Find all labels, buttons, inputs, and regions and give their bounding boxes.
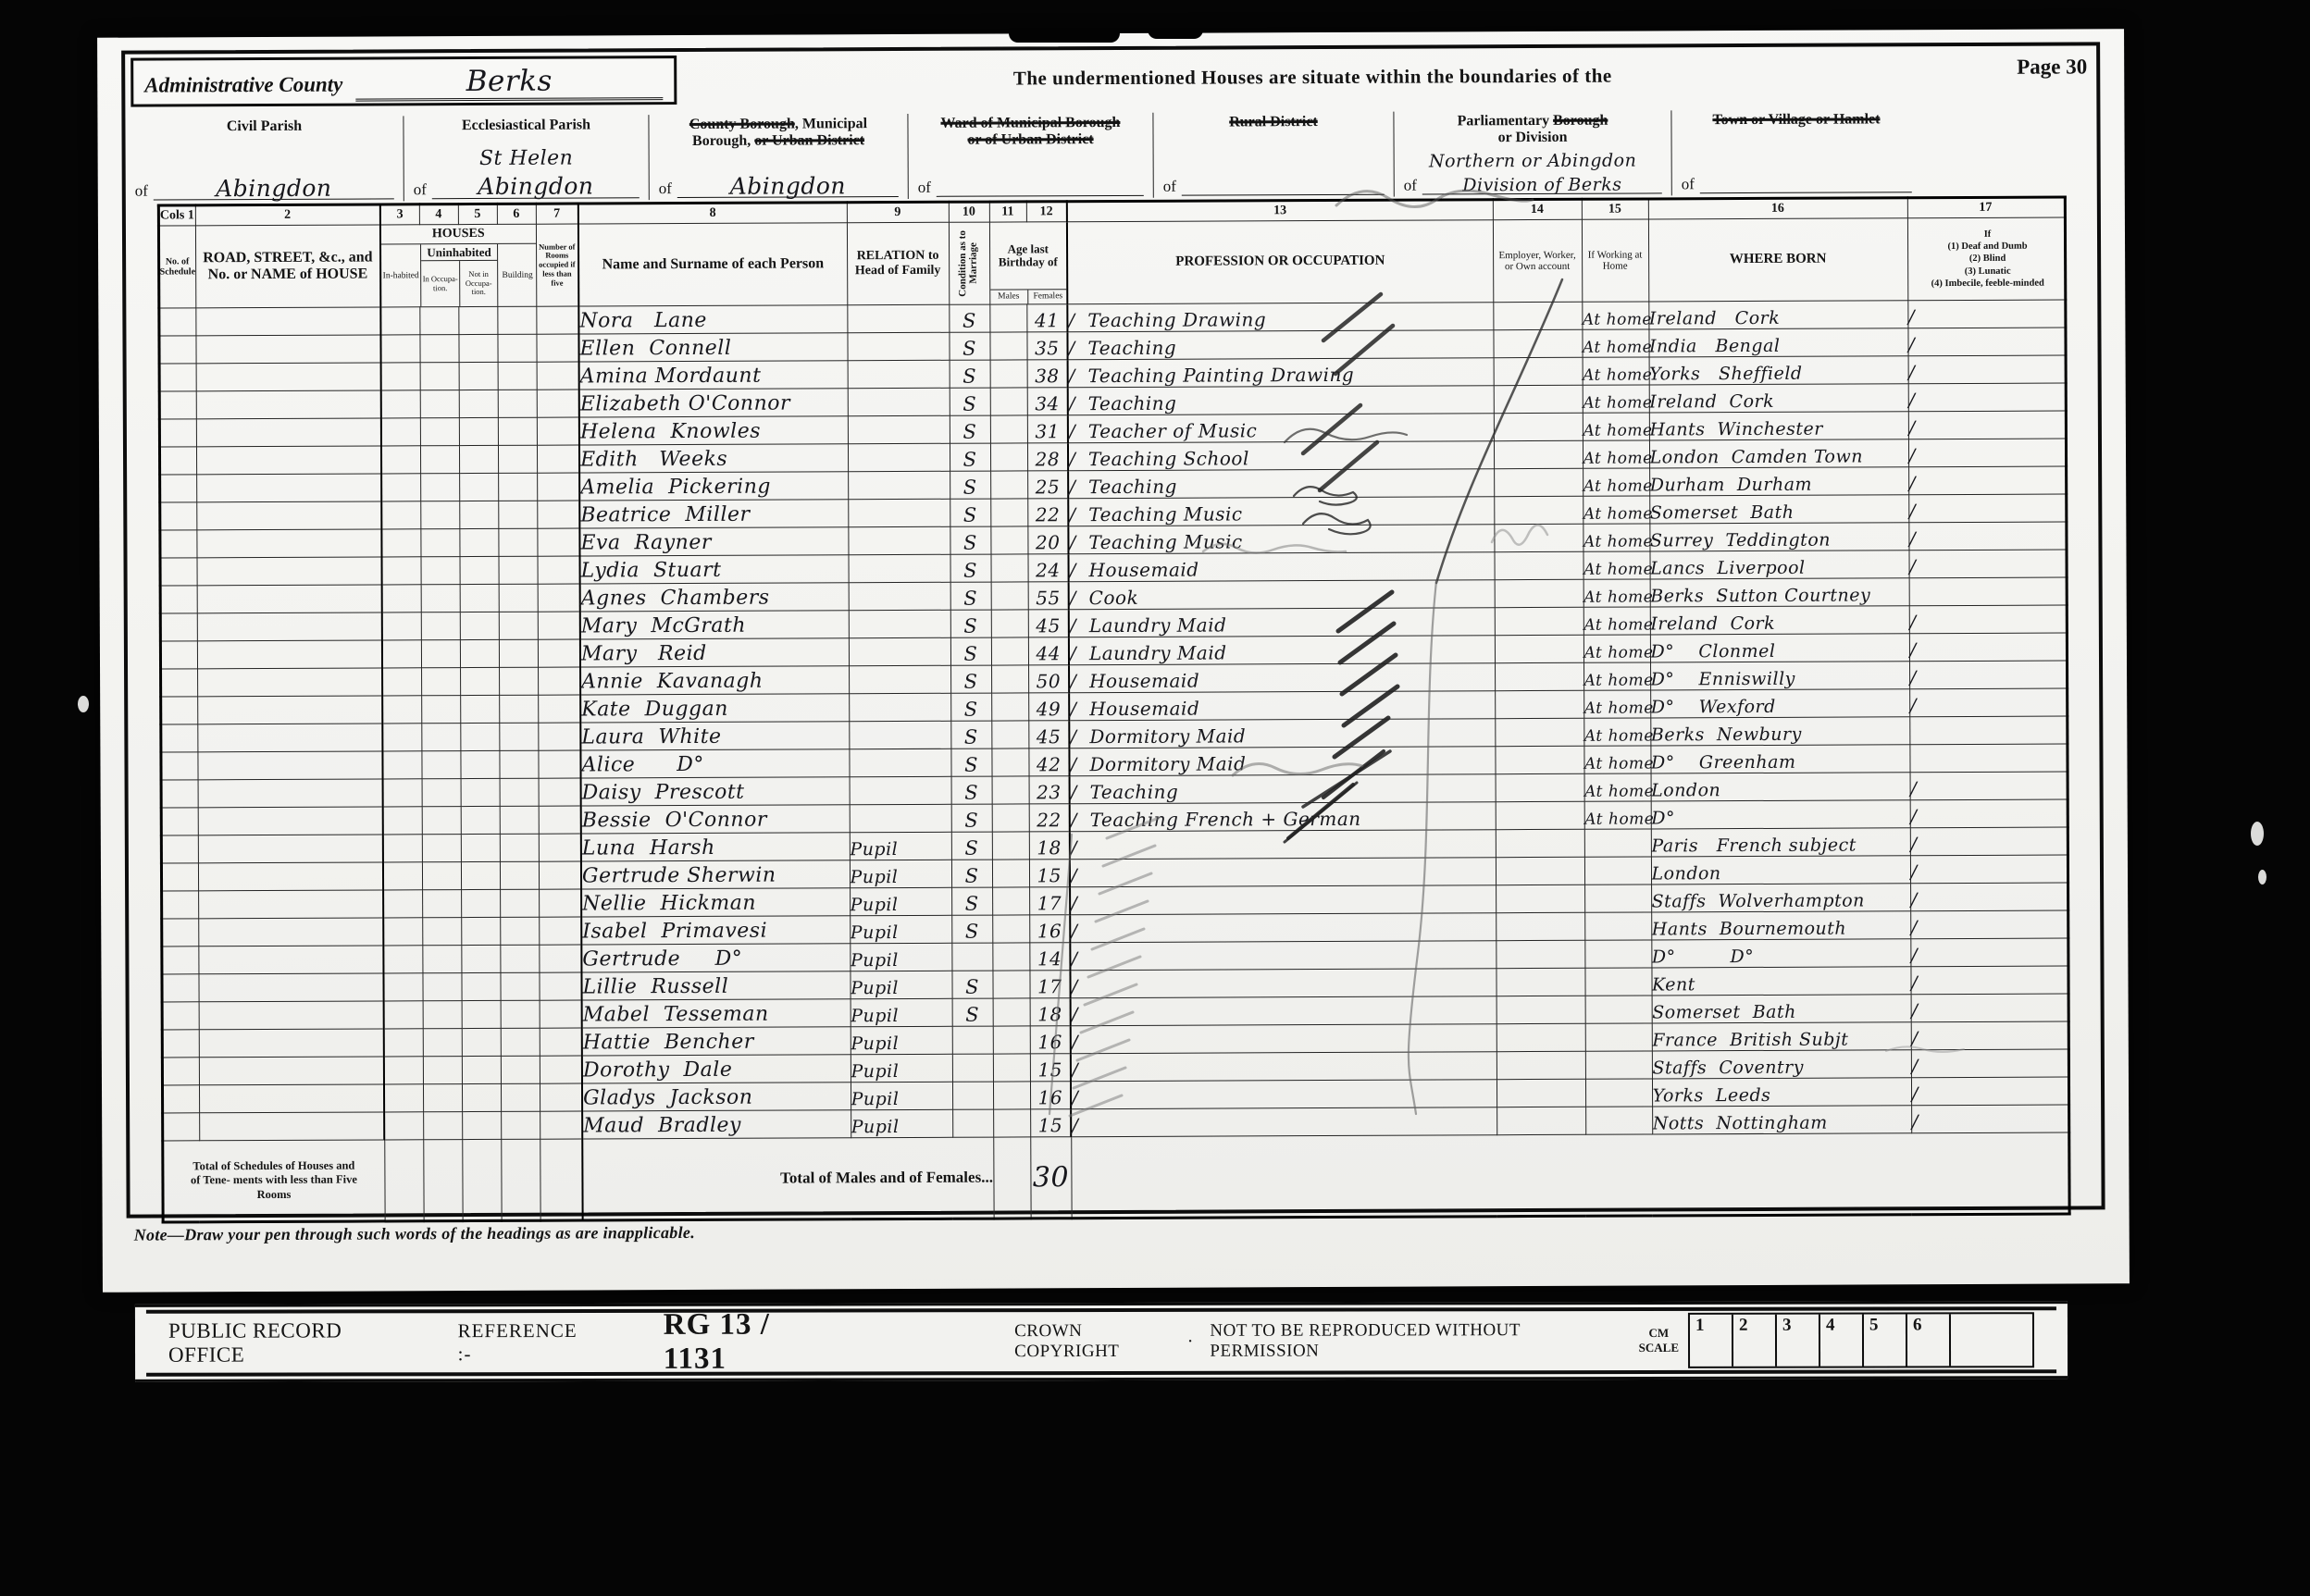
condition-cell: S — [950, 471, 990, 499]
name-cell: Eva Rayner — [579, 527, 848, 556]
building-cell — [499, 723, 538, 750]
pro-footer-inner: PUBLIC RECORD OFFICE REFERENCE :- RG 13 … — [146, 1306, 2056, 1377]
not-in-occupation-cell — [460, 612, 499, 639]
profession-cell: / — [1070, 885, 1496, 915]
schedule-cell — [161, 946, 198, 974]
name-cell: Isabel Primavesi — [581, 916, 850, 945]
inhabited-cell — [381, 418, 420, 446]
relation-cell — [847, 304, 949, 332]
building-cell — [501, 1111, 540, 1139]
profession-cell: / Teaching — [1068, 469, 1494, 499]
rooms-cell — [540, 1111, 582, 1139]
relation-cell — [849, 721, 950, 749]
infirmity-cell — [1909, 716, 2067, 745]
at-home-cell — [1585, 1023, 1652, 1051]
employer-cell — [1496, 968, 1584, 996]
inhabited-cell — [381, 501, 420, 529]
at-home-cell — [1584, 968, 1651, 996]
name-cell: Mary Reid — [580, 638, 849, 667]
age-female-cell: 15 — [1030, 1054, 1071, 1082]
rooms-cell — [537, 417, 579, 445]
profession-cell: / Dormitory Maid — [1069, 747, 1495, 776]
schedule-cell — [162, 1030, 199, 1058]
building-cell — [500, 889, 539, 917]
age-female-cell: 20 — [1027, 526, 1068, 554]
header-inhabited: In-habited — [381, 244, 420, 306]
where-born-cell: France British Subjt — [1652, 1022, 1911, 1051]
totals-cell — [462, 1139, 501, 1220]
schedule-cell — [159, 419, 196, 447]
not-in-occupation-cell — [459, 390, 498, 417]
not-in-occupation-cell — [461, 861, 500, 889]
employer-cell — [1494, 468, 1583, 496]
relation-cell — [848, 471, 950, 499]
employer-cell — [1495, 746, 1583, 773]
inhabited-cell — [383, 835, 422, 862]
profession-cell: / Housemaid — [1069, 663, 1495, 693]
age-male-cell — [991, 693, 1028, 721]
at-home-cell: At home — [1582, 302, 1648, 329]
scan-tear — [1009, 28, 1120, 43]
header-where-born: WHERE BORN — [1648, 218, 1907, 302]
administrative-county-label: Administrative County — [144, 73, 342, 98]
not-in-occupation-cell — [460, 639, 499, 667]
age-female-cell: 49 — [1028, 693, 1069, 721]
age-female-cell: 23 — [1029, 776, 1070, 804]
where-born-cell: Berks Sutton Courtney — [1650, 578, 1909, 607]
profession-cell: / — [1070, 941, 1496, 971]
schedule-cell — [159, 447, 196, 475]
relation-cell — [848, 443, 950, 471]
profession-cell: / Teaching — [1067, 330, 1493, 360]
not-in-occupation-cell — [460, 750, 499, 778]
totals-cell — [1071, 1132, 2068, 1219]
schedule-cell — [161, 835, 198, 863]
at-home-cell: At home — [1583, 662, 1650, 690]
employer-cell — [1494, 440, 1583, 468]
infirmity-cell: / — [1908, 439, 2066, 467]
building-cell — [498, 473, 537, 501]
ecclesiastical-parish-value: Abingdon — [478, 173, 593, 201]
in-occupation-cell — [423, 1001, 462, 1029]
employer-cell — [1496, 885, 1584, 912]
rural-district-box: Rural District of — [1152, 112, 1393, 198]
road-cell — [198, 807, 383, 835]
building-cell — [497, 334, 536, 362]
where-born-cell: Paris French subject — [1651, 828, 1910, 857]
condition-cell: S — [950, 499, 990, 526]
where-born-cell: Somerset Bath — [1649, 495, 1908, 524]
infirmity-3: (3) Lunatic — [1908, 265, 2064, 278]
rooms-cell — [539, 889, 581, 917]
col-number: 4 — [419, 204, 458, 225]
at-home-cell — [1585, 1107, 1652, 1134]
inhabited-cell — [383, 918, 422, 946]
name-cell: Gladys Jackson — [582, 1083, 851, 1111]
employer-cell — [1497, 1107, 1585, 1134]
condition-cell: S — [950, 554, 990, 582]
relation-cell — [849, 582, 950, 610]
district-boxes: Civil Parish ofAbingdon Ecclesiastical P… — [125, 108, 2096, 202]
condition-cell: S — [950, 610, 991, 637]
inhabited-cell — [383, 807, 422, 835]
employer-cell — [1493, 329, 1582, 357]
road-cell — [197, 751, 382, 780]
not-in-occupation-cell — [459, 473, 498, 501]
census-table: Cols 1 2 3 4 5 6 7 8 9 10 11 12 13 14 15… — [156, 196, 2070, 1224]
condition-cell — [951, 943, 992, 971]
infirmity-cell: / — [1911, 1049, 2068, 1078]
where-born-cell: Ireland Cork — [1648, 301, 1907, 329]
rooms-cell — [537, 473, 579, 501]
condition-cell: S — [950, 582, 991, 610]
age-male-cell — [993, 1026, 1030, 1054]
age-male-cell — [990, 360, 1027, 388]
at-home-cell: At home — [1583, 496, 1649, 524]
infirmity-2: (2) Blind — [1908, 253, 2064, 266]
road-cell — [196, 474, 381, 502]
age-male-cell — [992, 804, 1029, 832]
parliamentary-value: Division of Berks — [1462, 175, 1621, 196]
col-number: 9 — [847, 202, 949, 222]
inhabited-cell — [382, 640, 421, 668]
totals-females-cell: 30 — [1030, 1137, 1071, 1219]
age-male-cell — [990, 526, 1027, 554]
header-males: Males — [990, 290, 1027, 303]
infirmity-cell: / — [1910, 799, 2068, 828]
not-in-occupation-cell — [458, 334, 497, 362]
where-born-cell: Staffs Coventry — [1652, 1050, 1911, 1079]
municipal-borough-value: Abingdon — [730, 172, 846, 200]
header-condition: Condition as to Marriage — [949, 222, 989, 304]
employer-cell — [1497, 1079, 1585, 1107]
rooms-cell — [539, 778, 581, 806]
relation-cell: Pupil — [851, 1026, 952, 1054]
cm-scale-ruler: 1 2 3 4 5 6 — [1688, 1312, 2034, 1368]
at-home-cell — [1585, 1051, 1652, 1079]
at-home-cell: At home — [1582, 329, 1648, 357]
age-male-cell — [989, 304, 1026, 332]
rooms-cell — [538, 584, 580, 612]
name-cell: Nora Lane — [578, 305, 847, 334]
infirmity-cell: / — [1908, 466, 2066, 495]
pro-reference-label: REFERENCE :- — [458, 1319, 580, 1366]
building-cell — [497, 306, 536, 334]
age-female-cell: 25 — [1027, 471, 1068, 499]
infirmity-cell: / — [1911, 994, 2068, 1022]
civil-parish-box: Civil Parish ofAbingdon — [125, 116, 403, 202]
form-statement: The undermentioned Houses are situate wi… — [677, 46, 1948, 92]
where-born-cell: D° Clonmel — [1650, 634, 1909, 662]
in-occupation-cell — [420, 446, 459, 474]
condition-cell: S — [950, 665, 991, 693]
road-cell — [197, 640, 382, 669]
not-in-occupation-cell — [459, 417, 498, 445]
where-born-cell: London — [1651, 773, 1910, 801]
at-home-cell — [1584, 885, 1651, 912]
name-cell: Gertrude D° — [581, 944, 850, 972]
col-number: 16 — [1648, 198, 1907, 219]
relation-cell — [849, 610, 950, 637]
relation-cell — [849, 749, 950, 776]
schedule-cell — [158, 308, 195, 336]
schedule-cell — [159, 391, 196, 419]
building-cell — [499, 667, 538, 695]
crown-copyright-label: CROWN COPYRIGHT — [1014, 1321, 1171, 1362]
totals-cell — [384, 1140, 423, 1221]
header-houses: HOUSES — [381, 225, 536, 245]
road-cell — [199, 1001, 384, 1030]
census-page: Administrative County Berks The undermen… — [97, 29, 2130, 1293]
administrative-county-box: Administrative County Berks — [130, 56, 677, 107]
at-home-cell: At home — [1583, 524, 1649, 551]
condition-cell — [952, 1026, 993, 1054]
municipal-borough-box: County Borough, MunicipalBorough, or Urb… — [648, 114, 907, 200]
where-born-cell: Lancs Liverpool — [1649, 551, 1908, 579]
relation-cell: Pupil — [851, 1109, 952, 1137]
schedule-cell — [161, 919, 198, 946]
of-label: of — [1163, 178, 1176, 196]
in-occupation-cell — [421, 696, 460, 724]
col-number: 11 — [989, 202, 1026, 222]
name-cell: Amelia Pickering — [579, 472, 848, 501]
age-female-cell: 17 — [1029, 971, 1070, 998]
age-male-cell — [991, 610, 1028, 637]
condition-cell: S — [950, 721, 991, 749]
where-born-cell: D° — [1651, 800, 1910, 829]
rooms-cell — [538, 639, 580, 667]
inhabited-cell — [380, 335, 419, 363]
inhabited-cell — [380, 307, 419, 335]
where-born-cell: Yorks Leeds — [1652, 1078, 1911, 1107]
employer-cell — [1495, 579, 1583, 607]
age-male-cell — [990, 388, 1027, 415]
profession-cell: / Teaching Painting Drawing — [1068, 358, 1494, 388]
col-number: 17 — [1907, 197, 2065, 218]
age-male-cell — [992, 943, 1029, 971]
town-village-label: Town or Village or Hamlet — [1681, 111, 1911, 129]
civil-parish-value: Abingdon — [216, 174, 331, 202]
building-cell — [498, 528, 537, 556]
ruler-mark: 6 — [1907, 1314, 1951, 1366]
inhabited-cell — [384, 1029, 423, 1057]
road-cell — [197, 724, 382, 752]
employer-cell — [1494, 496, 1583, 524]
infirmity-cell: / — [1911, 1021, 2068, 1050]
not-in-occupation-cell — [461, 806, 500, 834]
schedule-cell — [161, 891, 198, 919]
rooms-cell — [538, 723, 580, 750]
at-home-cell: At home — [1583, 385, 1649, 413]
schedule-cell — [160, 752, 197, 780]
relation-cell — [848, 554, 950, 582]
at-home-cell: At home — [1583, 551, 1649, 579]
at-home-cell: At home — [1583, 579, 1650, 607]
infirmity-cell: / — [1908, 355, 2066, 384]
inhabited-cell — [382, 557, 421, 585]
employer-cell — [1496, 940, 1584, 968]
employer-cell — [1495, 607, 1583, 635]
profession-cell: / Teaching French + German — [1070, 802, 1496, 832]
employer-cell — [1496, 801, 1584, 829]
not-in-occupation-cell — [461, 917, 500, 945]
age-female-cell: 50 — [1028, 665, 1069, 693]
form-header: Administrative County Berks The undermen… — [125, 45, 2096, 113]
building-cell — [499, 612, 538, 639]
road-cell — [198, 779, 383, 808]
ward-box: Ward of Municipal Boroughor of Urban Dis… — [907, 113, 1152, 199]
relation-cell — [848, 360, 950, 388]
name-cell: Edith Weeks — [579, 444, 848, 473]
infirmity-cell: / — [1911, 1105, 2068, 1133]
where-born-cell: D° Greenham — [1650, 745, 1909, 773]
ruler-mark: 2 — [1733, 1315, 1777, 1367]
road-cell — [196, 390, 381, 419]
inhabited-cell — [383, 890, 422, 918]
name-cell: Gertrude Sherwin — [581, 860, 850, 889]
of-label: of — [414, 180, 427, 199]
not-in-occupation-cell — [460, 556, 499, 584]
schedule-cell — [160, 558, 197, 586]
not-in-occupation-cell — [459, 501, 498, 528]
col-number: 13 — [1067, 200, 1493, 222]
totals-houses-label: Total of Schedules of Houses and of Tene… — [162, 1140, 384, 1222]
name-cell: Laura White — [580, 722, 849, 750]
schedule-cell — [160, 669, 197, 697]
employer-cell — [1494, 551, 1583, 579]
employer-cell — [1493, 302, 1582, 329]
where-born-cell: Ireland Cork — [1650, 606, 1909, 635]
header-schedule: No. of Schedule — [158, 226, 195, 308]
not-in-occupation-cell — [461, 945, 500, 972]
inhabited-cell — [383, 862, 422, 890]
schedule-cell — [158, 336, 195, 364]
col-number: 12 — [1026, 202, 1067, 222]
profession-cell: / Cook — [1069, 580, 1495, 610]
relation-cell — [850, 776, 951, 804]
rooms-cell — [536, 306, 578, 334]
building-cell — [501, 1083, 540, 1111]
building-cell — [500, 806, 539, 834]
in-occupation-cell — [419, 335, 458, 363]
header-at-home: If Working at Home — [1582, 219, 1648, 302]
age-female-cell: 18 — [1030, 998, 1071, 1026]
building-cell — [498, 390, 537, 417]
profession-cell: / Laundry Maid — [1069, 636, 1495, 665]
profession-cell: / — [1071, 1107, 1497, 1137]
schedule-cell — [160, 697, 197, 724]
parliamentary-label: Parliamentary Boroughor Division — [1403, 112, 1661, 147]
rooms-cell — [539, 945, 581, 972]
name-cell: Helena Knowles — [579, 416, 848, 445]
age-male-cell — [990, 443, 1027, 471]
building-cell — [499, 584, 538, 612]
rooms-cell — [539, 917, 581, 945]
where-born-cell: Surrey Teddington — [1649, 523, 1908, 551]
road-cell — [199, 1029, 384, 1058]
relation-cell: Pupil — [850, 915, 951, 943]
civil-parish-label: Civil Parish — [134, 118, 393, 136]
infirmity-cell: / — [1908, 494, 2066, 523]
road-cell — [199, 1057, 384, 1085]
where-born-cell: Ireland Cork — [1649, 384, 1908, 413]
name-cell: Hattie Bencher — [582, 1027, 851, 1056]
inhabited-cell — [384, 1001, 423, 1029]
of-label: of — [1404, 177, 1417, 195]
road-cell — [199, 1084, 384, 1113]
rooms-cell — [537, 362, 579, 390]
ecclesiastical-parish-box: Ecclesiastical Parish St Helen ofAbingdo… — [403, 115, 648, 201]
cm-scale-label: CMSCALE — [1639, 1326, 1679, 1355]
schedule-cell — [160, 641, 197, 669]
age-female-cell: 16 — [1030, 1026, 1071, 1054]
at-home-cell: At home — [1583, 746, 1650, 773]
infirmity-cell: / — [1909, 605, 2067, 634]
building-cell — [501, 1028, 540, 1056]
condition-cell: S — [950, 749, 991, 776]
in-occupation-cell — [422, 890, 461, 918]
not-in-occupation-cell — [460, 667, 499, 695]
header-infirmity: If (1) Deaf and Dumb (2) Blind (3) Lunat… — [1907, 217, 2065, 301]
inhabited-cell — [382, 585, 421, 612]
age-female-cell: 22 — [1029, 804, 1070, 832]
profession-cell: / — [1071, 996, 1497, 1026]
rooms-cell — [539, 861, 581, 889]
not-in-occupation-cell — [460, 584, 499, 612]
profession-cell: / — [1070, 969, 1496, 998]
at-home-cell: At home — [1584, 773, 1651, 801]
not-in-occupation-cell — [462, 1028, 501, 1056]
ruler-mark: 4 — [1820, 1315, 1864, 1367]
road-cell — [195, 307, 380, 336]
road-cell — [197, 557, 382, 586]
employer-cell — [1496, 829, 1584, 857]
inhabited-cell — [384, 1057, 423, 1084]
where-born-cell: India Bengal — [1648, 328, 1907, 357]
condition-cell: S — [951, 776, 992, 804]
relation-cell: Pupil — [850, 832, 951, 860]
profession-cell: / — [1071, 1024, 1497, 1054]
in-occupation-cell — [420, 501, 459, 529]
building-cell — [499, 695, 538, 723]
employer-cell — [1497, 996, 1585, 1023]
profession-cell: / Laundry Maid — [1069, 608, 1495, 637]
inhabited-cell — [382, 612, 421, 640]
name-cell: Luna Harsh — [581, 833, 850, 861]
infirmity-cell: / — [1910, 827, 2068, 856]
not-in-occupation-cell — [462, 1056, 501, 1083]
profession-cell: / Housemaid — [1069, 691, 1495, 721]
col-number: Cols 1 — [158, 205, 195, 226]
in-occupation-cell — [421, 640, 460, 668]
profession-cell: / Teaching — [1070, 774, 1496, 804]
age-male-cell — [992, 860, 1029, 887]
not-in-occupation-cell — [461, 889, 500, 917]
age-female-cell: 44 — [1028, 637, 1069, 665]
age-female-cell: 15 — [1029, 860, 1070, 887]
in-occupation-cell — [422, 946, 461, 973]
age-male-cell — [993, 1054, 1030, 1082]
infirmity-cell: / — [1908, 550, 2066, 578]
in-occupation-cell — [423, 1029, 462, 1057]
relation-cell — [848, 388, 950, 415]
inhabited-cell — [384, 1084, 423, 1112]
permission-label: NOT TO BE REPRODUCED WITHOUT PERMISSION — [1210, 1320, 1583, 1362]
infirmity-if: If — [1907, 229, 2063, 241]
at-home-cell: At home — [1583, 718, 1650, 746]
condition-cell: S — [951, 832, 992, 860]
header-building: Building — [498, 244, 537, 306]
